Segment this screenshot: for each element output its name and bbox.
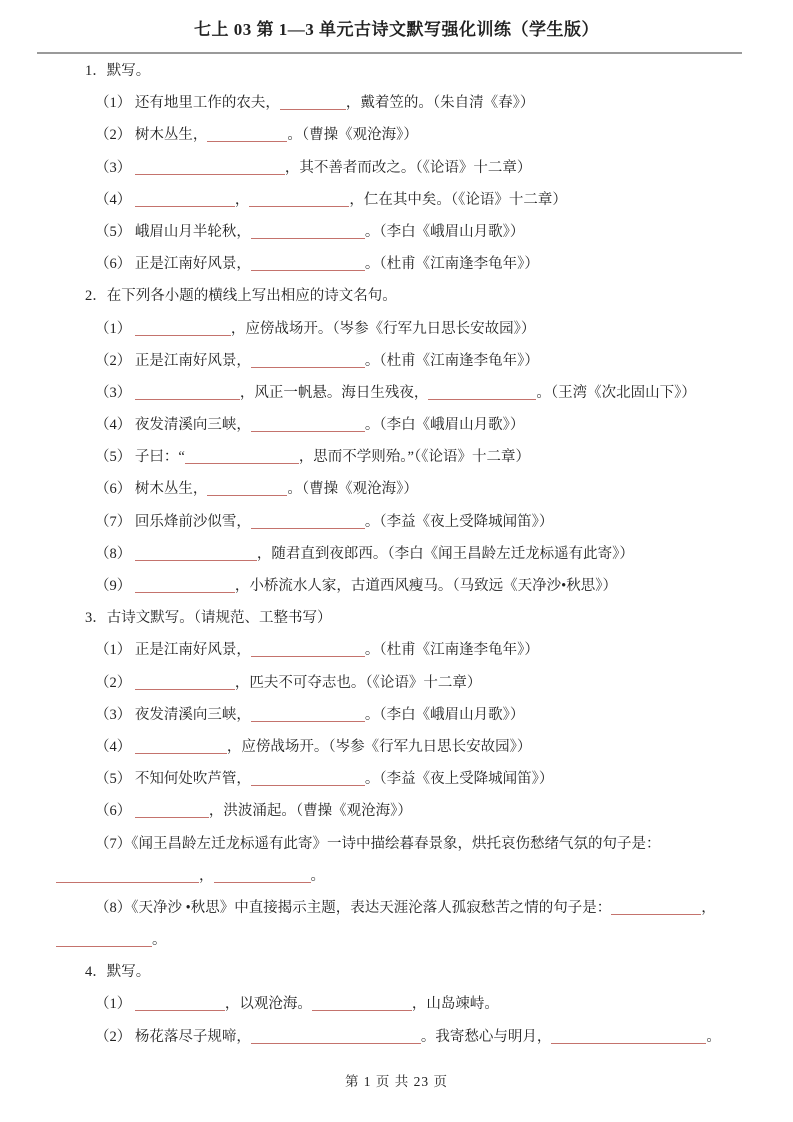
answer-blank[interactable] xyxy=(551,1030,706,1044)
worksheet-line: （3） 夜发清溪向三峡，。（李白《峨眉山月歌》） xyxy=(0,699,793,731)
line-text: （5） 不知何处吹芦管， xyxy=(95,771,251,787)
answer-blank[interactable] xyxy=(207,482,287,496)
worksheet-line: （2） 树木丛生，。（曹操《观沧海》） xyxy=(0,119,793,151)
worksheet-page: 七上 03 第 1—3 单元古诗文默写强化训练（学生版） 1．默写。（1） 还有… xyxy=(0,0,793,1122)
answer-blank[interactable] xyxy=(207,128,287,142)
answer-blank[interactable] xyxy=(251,225,365,239)
section-heading-4: 4．默写。 xyxy=(0,956,793,988)
line-text: （8） xyxy=(95,546,135,562)
answer-blank[interactable] xyxy=(611,901,701,915)
answer-blank[interactable] xyxy=(251,354,365,368)
worksheet-line: （5） 峨眉山月半轮秋，。（李白《峨眉山月歌》） xyxy=(0,216,793,248)
answer-blank[interactable] xyxy=(135,997,225,1011)
line-text: 。 xyxy=(311,868,326,884)
line-text: ，思而不学则殆。”（《论语》十二章） xyxy=(299,449,530,465)
answer-blank[interactable] xyxy=(428,386,536,400)
line-text: （5） 峨眉山月半轮秋， xyxy=(95,224,251,240)
line-text: ，匹夫不可夺志也。（《论语》十二章） xyxy=(235,675,482,691)
line-text: ，以观沧海。 xyxy=(225,996,312,1012)
answer-blank[interactable] xyxy=(135,161,285,175)
line-text: 。 xyxy=(152,932,167,948)
worksheet-line: （2） ，匹夫不可夺志也。（《论语》十二章） xyxy=(0,667,793,699)
answer-blank[interactable] xyxy=(214,869,311,883)
line-text: （7） 回乐烽前沙似雪， xyxy=(95,514,251,530)
line-text: （3） 夜发清溪向三峡， xyxy=(95,707,251,723)
line-text: （4） 夜发清溪向三峡， xyxy=(95,417,251,433)
line-text: （1） xyxy=(95,996,135,1012)
worksheet-line: （5） 子曰：“，思而不学则殆。”（《论语》十二章） xyxy=(0,441,793,473)
line-text: 。我寄愁心与明月， xyxy=(421,1029,552,1045)
line-text: 。（李益《夜上受降城闻笛》） xyxy=(365,514,554,530)
line-text: 。（李白《峨眉山月歌》） xyxy=(365,707,525,723)
worksheet-line: （7）《闻王昌龄左迁龙标遥有此寄》一诗中描绘暮春景象，烘托哀伤愁绪气氛的句子是： xyxy=(0,828,793,860)
answer-blank[interactable] xyxy=(135,804,209,818)
line-text: ，仁在其中矣。（《论语》十二章） xyxy=(349,192,567,208)
line-text: ，风正一帆悬。海日生残夜， xyxy=(240,385,429,401)
worksheet-line: （3） ，风正一帆悬。海日生残夜，。（王湾《次北固山下》） xyxy=(0,377,793,409)
answer-blank[interactable] xyxy=(135,322,231,336)
worksheet-line: （7） 回乐烽前沙似雪，。（李益《夜上受降城闻笛》） xyxy=(0,506,793,538)
line-text: ，随君直到夜郎西。（李白《闻王昌龄左迁龙标遥有此寄》） xyxy=(257,546,634,562)
line-text: ， xyxy=(199,868,214,884)
answer-blank[interactable] xyxy=(312,997,412,1011)
page-footer: 第 1 页 共 23 页 xyxy=(0,1070,793,1090)
answer-blank[interactable] xyxy=(251,257,365,271)
worksheet-line: （8）《天净沙 •秋思》中直接揭示主题，表达天涯沦落人孤寂愁苦之情的句子是：， xyxy=(0,892,793,924)
line-text: 。（李益《夜上受降城闻笛》） xyxy=(365,771,554,787)
line-text: （5） 子曰：“ xyxy=(95,449,185,465)
line-text: 。（曹操《观沧海》） xyxy=(287,127,418,143)
answer-blank[interactable] xyxy=(56,869,199,883)
line-text: （3） xyxy=(95,385,135,401)
line-text: ，应傍战场开。（岑参《行军九日思长安故园》） xyxy=(231,321,536,337)
worksheet-line: （8） ，随君直到夜郎西。（李白《闻王昌龄左迁龙标遥有此寄》） xyxy=(0,538,793,570)
line-text: ，应傍战场开。（岑参《行军九日思长安故园》） xyxy=(227,739,532,755)
line-text: 。（杜甫《江南逢李龟年》） xyxy=(365,642,539,658)
line-text: （1） 正是江南好风景， xyxy=(95,642,251,658)
worksheet-line: （6） ，洪波涌起。（曹操《观沧海》） xyxy=(0,795,793,827)
answer-blank[interactable] xyxy=(251,418,365,432)
worksheet-line: （4） ，应傍战场开。（岑参《行军九日思长安故园》） xyxy=(0,731,793,763)
line-text: （6） xyxy=(95,803,135,819)
line-text: （2） xyxy=(95,675,135,691)
line-text: （6） 正是江南好风景， xyxy=(95,256,251,272)
worksheet-line: （1） ，应傍战场开。（岑参《行军九日思长安故园》） xyxy=(0,313,793,345)
answer-blank[interactable] xyxy=(251,1030,421,1044)
worksheet-line: （3） ，其不善者而改之。（《论语》十二章） xyxy=(0,152,793,184)
answer-blank[interactable] xyxy=(249,193,349,207)
line-text: 。（李白《峨眉山月歌》） xyxy=(365,224,525,240)
answer-blank[interactable] xyxy=(135,740,227,754)
worksheet-line: （6） 树木丛生，。（曹操《观沧海》） xyxy=(0,473,793,505)
line-text: 。（曹操《观沧海》） xyxy=(287,481,418,497)
section-heading-3: 3．古诗文默写。（请规范、工整书写） xyxy=(0,602,793,634)
worksheet-line: （1） 还有地里工作的农夫，，戴着笠的。（朱自清《春》） xyxy=(0,87,793,119)
worksheet-line: （2） 正是江南好风景，。（杜甫《江南逢李龟年》） xyxy=(0,345,793,377)
answer-blank[interactable] xyxy=(251,708,365,722)
line-text: ， xyxy=(701,900,716,916)
worksheet-line: （2） 杨花落尽子规啼，。我寄愁心与明月，。 xyxy=(0,1021,793,1053)
line-text: （9） xyxy=(95,578,135,594)
answer-blank[interactable] xyxy=(56,933,152,947)
page-title: 七上 03 第 1—3 单元古诗文默写强化训练（学生版） xyxy=(0,0,793,42)
line-text: ，戴着笠的。（朱自清《春》） xyxy=(346,95,535,111)
line-text: （6） 树木丛生， xyxy=(95,481,207,497)
section-heading-1: 1．默写。 xyxy=(0,55,793,87)
answer-blank[interactable] xyxy=(185,450,299,464)
line-text: （1） xyxy=(95,321,135,337)
worksheet-line: 。 xyxy=(0,924,793,956)
line-text: （7）《闻王昌龄左迁龙标遥有此寄》一诗中描绘暮春景象，烘托哀伤愁绪气氛的句子是： xyxy=(95,836,661,852)
worksheet-content: 1．默写。（1） 还有地里工作的农夫，，戴着笠的。（朱自清《春》）（2） 树木丛… xyxy=(0,55,793,1053)
line-text: （4） xyxy=(95,192,135,208)
answer-blank[interactable] xyxy=(135,547,257,561)
line-text: ，洪波涌起。（曹操《观沧海》） xyxy=(209,803,412,819)
worksheet-line: （4） 夜发清溪向三峡，。（李白《峨眉山月歌》） xyxy=(0,409,793,441)
line-text: ， xyxy=(235,192,250,208)
line-text: （2） 正是江南好风景， xyxy=(95,353,251,369)
worksheet-line: （1） ，以观沧海。，山岛竦峙。 xyxy=(0,988,793,1020)
line-text: ，其不善者而改之。（《论语》十二章） xyxy=(285,160,532,176)
line-text: ，山岛竦峙。 xyxy=(412,996,499,1012)
line-text: 。（杜甫《江南逢李龟年》） xyxy=(365,256,539,272)
line-text: （3） xyxy=(95,160,135,176)
worksheet-line: （9） ，小桥流水人家，古道西风瘦马。（马致远《天净沙•秋思》） xyxy=(0,570,793,602)
line-text: 。（王湾《次北固山下》） xyxy=(536,385,696,401)
answer-blank[interactable] xyxy=(135,193,235,207)
answer-blank[interactable] xyxy=(251,772,365,786)
worksheet-line: （6） 正是江南好风景，。（杜甫《江南逢李龟年》） xyxy=(0,248,793,280)
line-text: （4） xyxy=(95,739,135,755)
worksheet-line: （4） ，，仁在其中矣。（《论语》十二章） xyxy=(0,184,793,216)
line-text: （2） 树木丛生， xyxy=(95,127,207,143)
line-text: 。（李白《峨眉山月歌》） xyxy=(365,417,525,433)
line-text: （1） 还有地里工作的农夫， xyxy=(95,95,280,111)
line-text: 。 xyxy=(706,1029,721,1045)
line-text: （2） 杨花落尽子规啼， xyxy=(95,1029,251,1045)
section-heading-2: 2．在下列各小题的横线上写出相应的诗文名句。 xyxy=(0,280,793,312)
answer-blank[interactable] xyxy=(251,643,365,657)
worksheet-line: （5） 不知何处吹芦管，。（李益《夜上受降城闻笛》） xyxy=(0,763,793,795)
answer-blank[interactable] xyxy=(135,386,240,400)
answer-blank[interactable] xyxy=(135,579,235,593)
line-text: （8）《天净沙 •秋思》中直接揭示主题，表达天涯沦落人孤寂愁苦之情的句子是： xyxy=(95,900,611,916)
worksheet-line: （1） 正是江南好风景，。（杜甫《江南逢李龟年》） xyxy=(0,634,793,666)
worksheet-line: ，。 xyxy=(0,860,793,892)
answer-blank[interactable] xyxy=(135,676,235,690)
answer-blank[interactable] xyxy=(280,96,346,110)
answer-blank[interactable] xyxy=(251,515,365,529)
line-text: ，小桥流水人家，古道西风瘦马。（马致远《天净沙•秋思》） xyxy=(235,578,617,594)
line-text: 。（杜甫《江南逢李龟年》） xyxy=(365,353,539,369)
title-divider xyxy=(37,52,742,54)
